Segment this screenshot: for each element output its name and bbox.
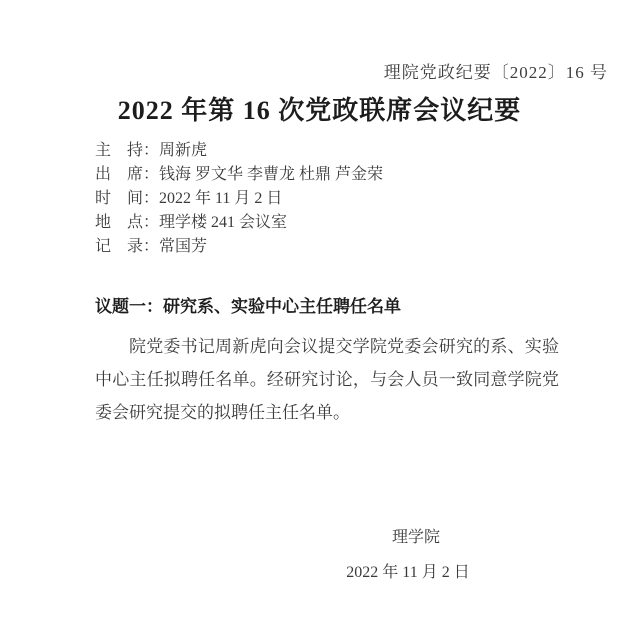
document-title: 2022 年第 16 次党政联席会议纪要 [0, 90, 639, 127]
meta-value: 理学楼 241 会议室 [159, 214, 287, 231]
meta-value: 钱海 罗文华 李曹龙 杜鼎 芦金荣 [159, 166, 383, 183]
footer-date: 2022 年 11 月 2 日 [328, 559, 488, 582]
meta-value: 周新虎 [159, 142, 207, 159]
meta-label: 地 点： [95, 211, 159, 235]
meta-label: 记 录： [95, 235, 159, 259]
meta-row-attendees: 出 席：钱海 罗文华 李曹龙 杜鼎 芦金荣 [95, 163, 383, 187]
meta-row-recorder: 记 录：常国芳 [95, 235, 383, 259]
meta-block: 主 持：周新虎 出 席：钱海 罗文华 李曹龙 杜鼎 芦金荣 时 间：2022 年… [95, 139, 383, 259]
meta-row-time: 时 间：2022 年 11 月 2 日 [95, 187, 383, 211]
meta-value: 2022 年 11 月 2 日 [159, 190, 282, 207]
meta-row-host: 主 持：周新虎 [95, 139, 383, 163]
meta-row-location: 地 点：理学楼 241 会议室 [95, 211, 383, 235]
issue-number: 理院党政纪要〔2022〕16 号 [384, 58, 608, 83]
meta-label: 主 持： [95, 139, 159, 163]
topic-body-paragraph: 院党委书记周新虎向会议提交学院党委会研究的系、实验中心主任拟聘任名单。经研究讨论… [95, 330, 559, 429]
meeting-minutes-document: 理院党政纪要〔2022〕16 号 2022 年第 16 次党政联席会议纪要 主 … [0, 0, 639, 644]
meta-value: 常国芳 [159, 238, 207, 255]
signature: 理学院 [336, 524, 496, 547]
meta-label: 时 间： [95, 187, 159, 211]
topic-heading: 议题一：研究系、实验中心主任聘任名单 [95, 292, 401, 317]
meta-label: 出 席： [95, 163, 159, 187]
